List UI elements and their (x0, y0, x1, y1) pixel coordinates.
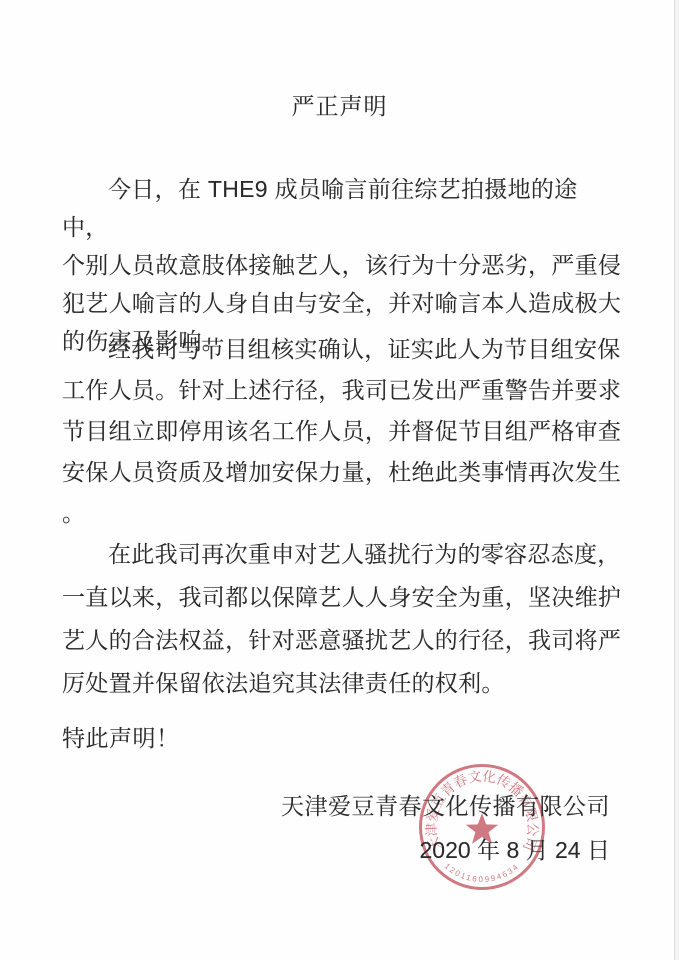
company-seal-graphic: 天津爱豆青春文化传播有限公司 1201160994634 (416, 761, 548, 893)
text-line: 节目组立即停用该名工作人员，并督促节目组严格审查 (62, 411, 624, 452)
text-line: 犯艺人喻言的人身自由与安全，并对喻言本人造成极大 (62, 284, 624, 322)
text-line: 一直以来，我司都以保障艺人人身安全为重，坚决维护 (62, 576, 624, 619)
company-signature: 天津爱豆青春文化传播有限公司 (281, 792, 610, 820)
text-line: 。 (62, 493, 624, 534)
statement-document: 严正声明 今日，在 THE9 成员喻言前往综艺拍摄地的途中，个别人员故意肢体接触… (0, 0, 679, 960)
page-title: 严正声明 (0, 91, 679, 121)
text-line: 个别人员故意肢体接触艺人，该行为十分恶劣，严重侵 (62, 246, 624, 284)
scan-edge-shadow (675, 0, 679, 960)
closing-statement: 特此声明！ (62, 723, 180, 753)
text-line: 工作人员。针对上述行径，我司已发出严重警告并要求 (62, 370, 624, 411)
text-line: 经我司与节目组核实确认，证实此人为节目组安保 (62, 329, 624, 370)
text-line: 艺人的合法权益，针对恶意骚扰艺人的行径，我司将严 (62, 619, 624, 662)
text-line: 安保人员资质及增加安保力量，杜绝此类事情再次发生 (62, 452, 624, 493)
signature-date: 2020 年 8 月 24 日 (420, 836, 611, 864)
paragraph-3: 在此我司再次重申对艺人骚扰行为的零容忍态度，一直以来，我司都以保障艺人人身安全为… (62, 533, 624, 705)
text-line: 今日，在 THE9 成员喻言前往综艺拍摄地的途中， (62, 170, 624, 246)
paragraph-2: 经我司与节目组核实确认，证实此人为节目组安保工作人员。针对上述行径，我司已发出严… (62, 329, 624, 534)
text-line: 在此我司再次重申对艺人骚扰行为的零容忍态度， (62, 533, 624, 576)
text-line: 厉处置并保留依法追究其法律责任的权利。 (62, 662, 624, 705)
company-seal: 天津爱豆青春文化传播有限公司 1201160994634 (416, 761, 548, 893)
